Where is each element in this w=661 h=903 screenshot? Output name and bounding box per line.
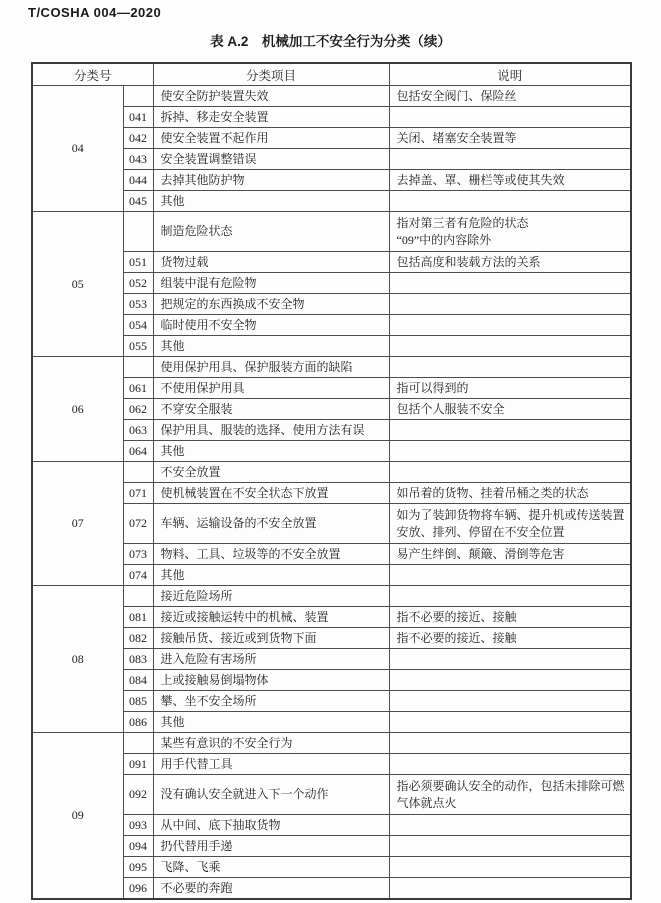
sub-code-cell: 096 — [123, 878, 153, 900]
sub-code-cell: 084 — [123, 670, 153, 691]
table-title: 表 A.2 机械加工不安全行为分类（续） — [0, 30, 661, 50]
note-cell: 指不必要的接近、接触 — [389, 628, 631, 649]
note-cell — [389, 315, 631, 336]
doc-code: T/COSHA 004—2020 — [28, 5, 161, 20]
table-row: 09某些有意识的不安全行为 — [32, 733, 631, 754]
note-cell: 指必须要确认安全的动作，包括未排除可燃 气体就点火 — [389, 775, 631, 815]
note-cell — [389, 149, 631, 170]
item-cell: 其他 — [153, 712, 389, 733]
header-cell-item: 分类项目 — [153, 63, 389, 86]
table-row: 06使用保护用具、保护服装方面的缺陷 — [32, 357, 631, 378]
note-cell: 包括安全阀门、保险丝 — [389, 86, 631, 107]
section-code-cell: 04 — [32, 86, 123, 212]
item-cell: 保护用具、服装的选择、使用方法有误 — [153, 420, 389, 441]
sub-code-cell: 073 — [123, 544, 153, 565]
item-cell: 临时使用不安全物 — [153, 315, 389, 336]
item-cell: 使机械装置在不安全状态下放置 — [153, 483, 389, 504]
item-cell: 接触吊货、接近或到货物下面 — [153, 628, 389, 649]
sub-code-cell: 042 — [123, 128, 153, 149]
sub-code-cell: 091 — [123, 754, 153, 775]
sub-code-cell: 044 — [123, 170, 153, 191]
note-cell — [389, 586, 631, 607]
sub-code-cell: 072 — [123, 504, 153, 544]
sub-code-cell: 052 — [123, 273, 153, 294]
item-cell: 使用保护用具、保护服装方面的缺陷 — [153, 357, 389, 378]
note-cell: 指可以得到的 — [389, 378, 631, 399]
section-code-cell: 05 — [32, 212, 123, 357]
sub-code-cell: 053 — [123, 294, 153, 315]
item-cell: 进入危险有害场所 — [153, 649, 389, 670]
item-cell: 接近或接触运转中的机械、装置 — [153, 607, 389, 628]
note-cell — [389, 815, 631, 836]
note-cell: 关闭、堵塞安全装置等 — [389, 128, 631, 149]
sub-code-cell: 045 — [123, 191, 153, 212]
table-row: 04使安全防护装置失效包括安全阀门、保险丝 — [32, 86, 631, 107]
note-cell — [389, 420, 631, 441]
note-cell — [389, 712, 631, 733]
header-cell-code: 分类号 — [32, 63, 153, 86]
item-cell: 不必要的奔跑 — [153, 878, 389, 900]
sub-code-cell: 063 — [123, 420, 153, 441]
item-cell: 去掉其他防护物 — [153, 170, 389, 191]
note-cell: 包括高度和装载方法的关系 — [389, 252, 631, 273]
note-cell — [389, 462, 631, 483]
sub-code-cell: 043 — [123, 149, 153, 170]
note-cell — [389, 836, 631, 857]
note-cell — [389, 273, 631, 294]
table-header-row: 分类号 分类项目 说明 — [32, 63, 631, 86]
document-page: T/COSHA 004—2020 表 A.2 机械加工不安全行为分类（续） 分类… — [0, 0, 661, 903]
classification-table: 分类号 分类项目 说明 04使安全防护装置失效包括安全阀门、保险丝041拆掉、移… — [31, 62, 632, 900]
section-code-cell: 08 — [32, 586, 123, 733]
item-cell: 使安全防护装置失效 — [153, 86, 389, 107]
sub-code-cell: 085 — [123, 691, 153, 712]
item-cell: 上或接触易倒塌物体 — [153, 670, 389, 691]
note-cell — [389, 754, 631, 775]
note-cell: 指不必要的接近、接触 — [389, 607, 631, 628]
note-cell — [389, 691, 631, 712]
note-cell: 如吊着的货物、挂着吊桶之类的状态 — [389, 483, 631, 504]
item-cell: 其他 — [153, 441, 389, 462]
note-cell — [389, 357, 631, 378]
item-cell: 组装中混有危险物 — [153, 273, 389, 294]
sub-code-cell: 062 — [123, 399, 153, 420]
sub-code-cell: 086 — [123, 712, 153, 733]
note-cell: 包括个人服装不安全 — [389, 399, 631, 420]
sub-code-cell: 092 — [123, 775, 153, 815]
note-cell — [389, 336, 631, 357]
sub-code-cell: 054 — [123, 315, 153, 336]
note-cell — [389, 649, 631, 670]
item-cell: 扔代替用手递 — [153, 836, 389, 857]
table-row: 05制造危险状态指对第三者有危险的状态 “09”中的内容除外 — [32, 212, 631, 252]
item-cell: 接近危险场所 — [153, 586, 389, 607]
item-cell: 飞降、飞乘 — [153, 857, 389, 878]
sub-code-cell: 071 — [123, 483, 153, 504]
note-cell — [389, 878, 631, 900]
table-body: 04使安全防护装置失效包括安全阀门、保险丝041拆掉、移走安全装置042使安全装… — [32, 86, 631, 900]
sub-code-cell: 095 — [123, 857, 153, 878]
sub-code-cell: 093 — [123, 815, 153, 836]
note-cell — [389, 670, 631, 691]
note-cell — [389, 441, 631, 462]
item-cell: 从中间、底下抽取货物 — [153, 815, 389, 836]
item-cell: 安全装置调整错误 — [153, 149, 389, 170]
item-cell: 车辆、运输设备的不安全放置 — [153, 504, 389, 544]
sub-code-cell — [123, 86, 153, 107]
sub-code-cell — [123, 462, 153, 483]
item-cell: 拆掉、移走安全装置 — [153, 107, 389, 128]
note-cell — [389, 857, 631, 878]
table-row: 08接近危险场所 — [32, 586, 631, 607]
sub-code-cell: 074 — [123, 565, 153, 586]
item-cell: 不安全放置 — [153, 462, 389, 483]
table-row: 07不安全放置 — [32, 462, 631, 483]
item-cell: 物料、工具、垃圾等的不安全放置 — [153, 544, 389, 565]
section-code-cell: 09 — [32, 733, 123, 900]
sub-code-cell: 083 — [123, 649, 153, 670]
item-cell: 没有确认安全就进入下一个动作 — [153, 775, 389, 815]
note-cell: 易产生绊倒、颠簸、滑倒等危害 — [389, 544, 631, 565]
sub-code-cell: 055 — [123, 336, 153, 357]
note-cell — [389, 191, 631, 212]
sub-code-cell: 081 — [123, 607, 153, 628]
sub-code-cell: 041 — [123, 107, 153, 128]
note-cell — [389, 733, 631, 754]
item-cell: 不穿安全服装 — [153, 399, 389, 420]
item-cell: 货物过载 — [153, 252, 389, 273]
note-cell: 指对第三者有危险的状态 “09”中的内容除外 — [389, 212, 631, 252]
sub-code-cell — [123, 586, 153, 607]
item-cell: 不使用保护用具 — [153, 378, 389, 399]
sub-code-cell: 094 — [123, 836, 153, 857]
sub-code-cell — [123, 733, 153, 754]
sub-code-cell — [123, 357, 153, 378]
item-cell: 某些有意识的不安全行为 — [153, 733, 389, 754]
item-cell: 其他 — [153, 565, 389, 586]
sub-code-cell: 064 — [123, 441, 153, 462]
note-cell — [389, 107, 631, 128]
sub-code-cell: 051 — [123, 252, 153, 273]
sub-code-cell: 061 — [123, 378, 153, 399]
note-cell: 如为了装卸货物将车辆、提升机或传送装置 安放、排列、停留在不安全位置 — [389, 504, 631, 544]
header-cell-note: 说明 — [389, 63, 631, 86]
item-cell: 攀、坐不安全场所 — [153, 691, 389, 712]
section-code-cell: 07 — [32, 462, 123, 586]
sub-code-cell — [123, 212, 153, 252]
note-cell — [389, 565, 631, 586]
note-cell: 去掉盖、罩、栅栏等或使其失效 — [389, 170, 631, 191]
item-cell: 其他 — [153, 336, 389, 357]
item-cell: 用手代替工具 — [153, 754, 389, 775]
sub-code-cell: 082 — [123, 628, 153, 649]
item-cell: 制造危险状态 — [153, 212, 389, 252]
item-cell: 其他 — [153, 191, 389, 212]
section-code-cell: 06 — [32, 357, 123, 462]
item-cell: 使安全装置不起作用 — [153, 128, 389, 149]
item-cell: 把规定的东西换成不安全物 — [153, 294, 389, 315]
note-cell — [389, 294, 631, 315]
